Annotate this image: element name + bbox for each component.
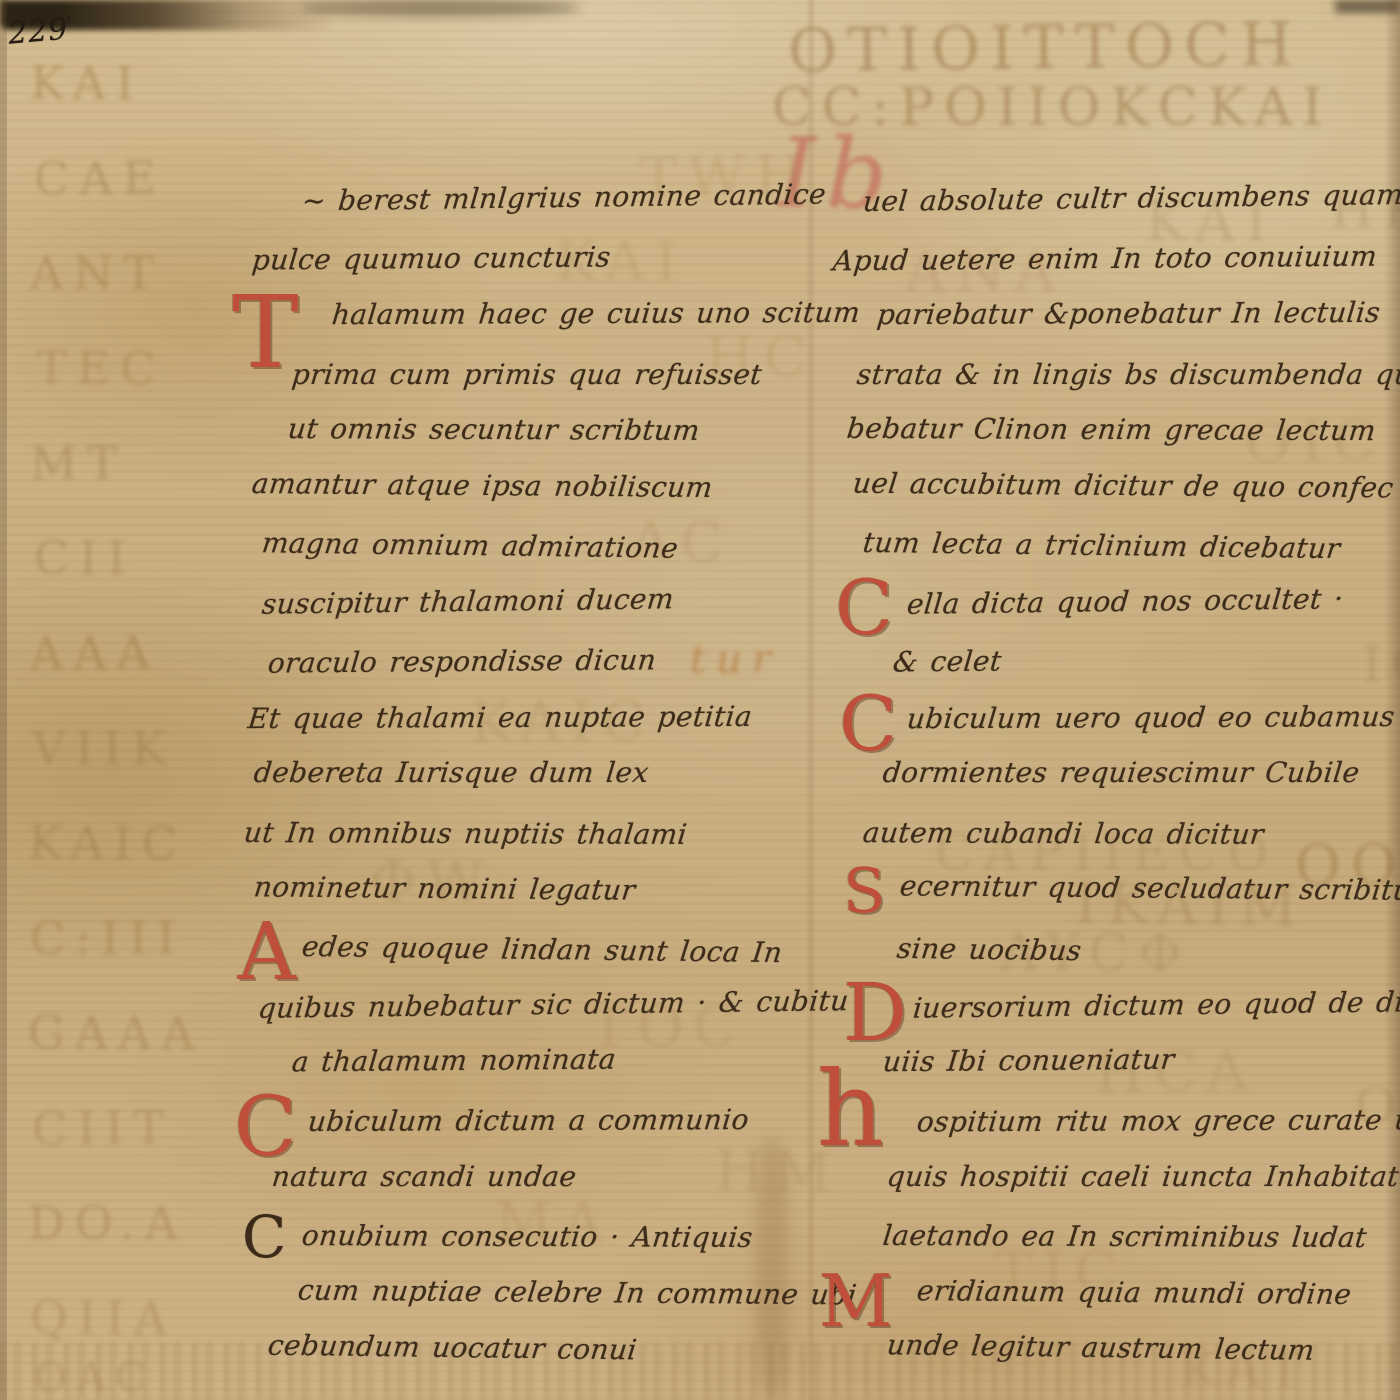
- manuscript-line-left-14: edes quoque lindan sunt loca In: [300, 932, 784, 966]
- manuscript-line-left-8: suscipitur thalamoni ducem: [261, 585, 675, 618]
- manuscript-line-left-10: Et quae thalami ea nuptae petitia: [247, 702, 754, 732]
- manuscript-line-right-13: ecernitur quod secludatur scribitur Ides…: [898, 872, 1400, 905]
- manuscript-line-left-16: a thalamum nominata: [291, 1045, 618, 1076]
- rubricated-initial-h: h: [817, 1063, 884, 1157]
- manuscript-line-left-5: ut omnis secuntur scribtum: [286, 415, 701, 445]
- manuscript-line-left-17: ubiculum dictum a communio: [307, 1106, 751, 1136]
- manuscript-line-left-3: halamum haec ge cuius uno scitum: [331, 299, 862, 329]
- manuscript-line-right-5: bebatur Clinon enim grecae lectum: [845, 415, 1377, 445]
- rubricated-initial-M: M: [819, 1269, 893, 1334]
- rubricated-initial-C: C: [242, 1211, 286, 1263]
- manuscript-line-left-4: prima cum primis qua refuisset: [291, 361, 764, 389]
- manuscript-line-right-1: uel absolute cultr discumbens quam dicat: [862, 180, 1400, 216]
- manuscript-line-right-14: sine uocibus: [895, 934, 1083, 964]
- manuscript-line-right-12: autem cubandi loca dicitur: [861, 819, 1265, 849]
- manuscript-line-right-7: tum lecta a triclinium dicebatur: [861, 529, 1342, 563]
- manuscript-line-right-11: dormientes requiescimur Cubile: [882, 759, 1361, 787]
- manuscript-line-left-11: debereta Iurisque dum lex: [253, 759, 651, 787]
- manuscript-line-left-21: cebundum uocatur conui: [266, 1332, 638, 1365]
- manuscript-line-left-18: natura scandi undae: [271, 1163, 578, 1191]
- manuscript-line-left-19: onubium consecutio · Antiquis: [300, 1222, 754, 1252]
- manuscript-line-right-18: quis hospitii caeli iuncta Inhabitat &: [886, 1163, 1400, 1191]
- manuscript-line-right-16: uiis Ibi conueniatur: [882, 1045, 1176, 1076]
- manuscript-line-left-7: magna omnium admiratione: [260, 529, 679, 562]
- manuscript-line-right-10: ubiculum uero quod eo cubamus ibiq: [906, 702, 1400, 732]
- rubricated-initial-T: T: [232, 288, 299, 378]
- manuscript-line-right-8: ella dicta quod nos occultet ·: [906, 585, 1345, 619]
- manuscript-line-right-4: strata & in lingis bs discumbenda quibus: [856, 361, 1400, 389]
- manuscript-line-left-9: oraculo respondisse dicun: [267, 646, 658, 677]
- manuscript-line-left-15: quibus nubebatur sic dictum · & cubitu: [257, 987, 850, 1023]
- manuscript-line-left-20: cum nuptiae celebre In commune ubi: [296, 1276, 858, 1309]
- manuscript-line-left-6: amantur atque ipsa nobiliscum: [250, 470, 714, 502]
- manuscript-line-right-19: laetando ea In scriminibus ludat: [881, 1222, 1368, 1252]
- manuscript-line-left-12: ut In omnibus nuptiis thalami: [242, 819, 688, 849]
- manuscript-line-right-20: eridianum quia mundi ordine: [915, 1277, 1353, 1309]
- manuscript-line-right-2: Apud uetere enim In toto conuiuium: [832, 242, 1379, 275]
- rubricated-initial-S: S: [843, 863, 885, 919]
- manuscript-line-right-21: unde legitur austrum lectum: [885, 1331, 1316, 1365]
- manuscript-page: OTIOITTOCHCC:POIIOKCKAIIbturKAICAEANTTEC…: [0, 0, 1400, 1400]
- manuscript-line-right-17: ospitium ritu mox grece curate ubi quida…: [916, 1106, 1400, 1137]
- manuscript-line-right-6: uel accubitum dicitur de quo confec: [851, 469, 1395, 502]
- rubricated-initial-C: C: [839, 690, 897, 758]
- manuscript-line-right-9: & celet: [892, 648, 1003, 677]
- manuscript-line-left-1: ~ berest mlnlgrius nomine candice: [301, 181, 828, 216]
- manuscript-line-left-2: pulce quumuo cuncturis: [251, 243, 612, 274]
- manuscript-line-right-15: iuersorium dictum eo quod de diuersis: [912, 987, 1400, 1023]
- manuscript-line-left-13: nominetur nomini legatur: [252, 873, 636, 904]
- rubricated-initial-D: D: [843, 977, 907, 1049]
- rubricated-initial-C: C: [234, 1091, 297, 1165]
- rubricated-initial-A: A: [238, 916, 296, 988]
- manuscript-line-right-3: pariebatur &ponebatur In lectulis: [876, 299, 1382, 329]
- text-layer: ~ berest mlnlgrius nomine candicepulce q…: [0, 0, 1400, 1400]
- rubricated-initial-C: C: [835, 574, 893, 642]
